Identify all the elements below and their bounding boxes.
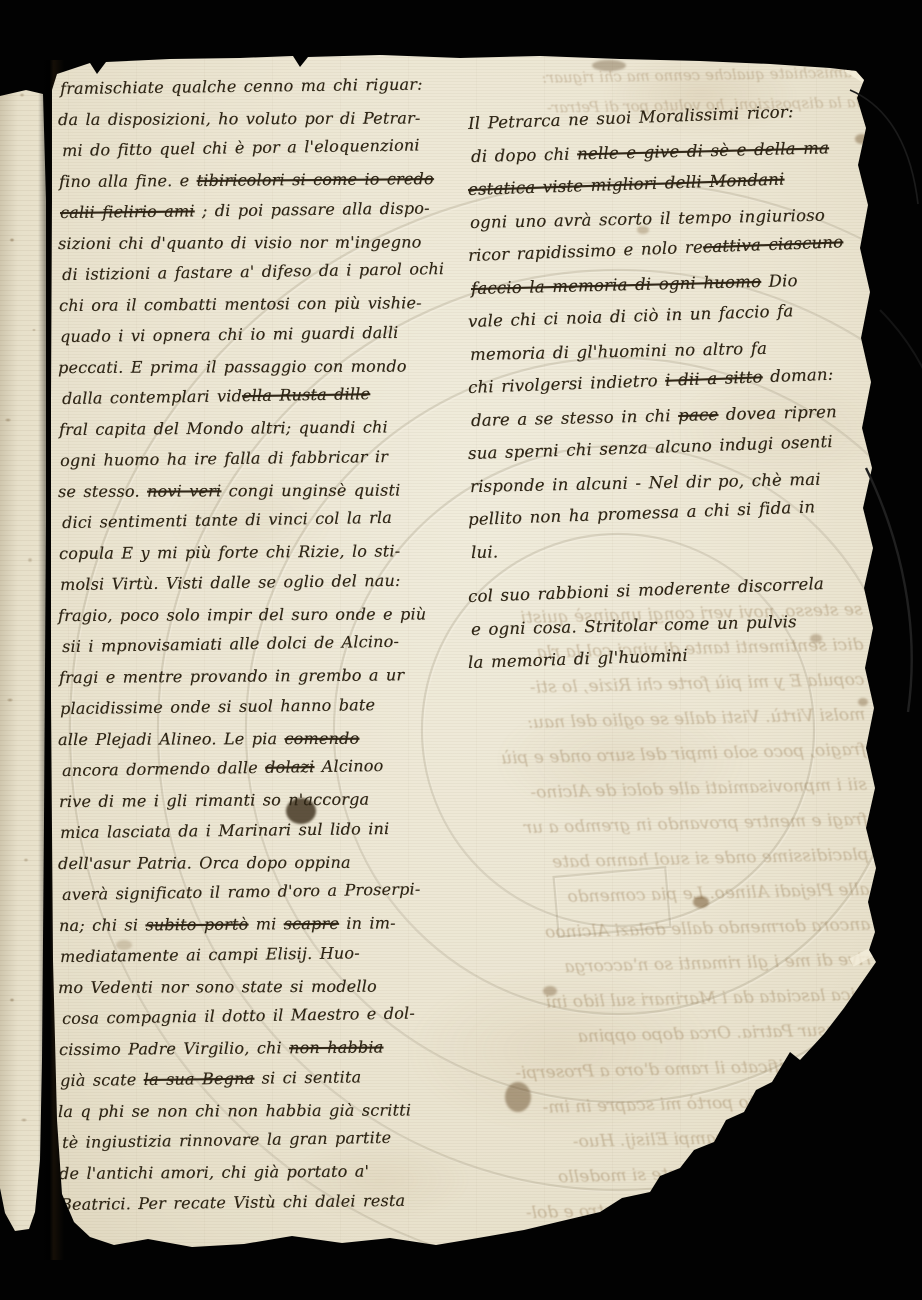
manuscript-line: mi do fitto quel chi è por a l'eloquenzi…: [62, 129, 472, 166]
manuscript-line: già scate la sua Begna si ci sentita: [60, 1060, 472, 1096]
struck-out-text: tibiricolori si come io credo: [197, 169, 434, 190]
manuscript-line: tè ingiustizia rinnovare la gran partite: [62, 1121, 472, 1158]
handwritten-text: doman:: [762, 365, 833, 387]
manuscript-line: ogni huomo ha ire falla di fabbricar ir: [60, 440, 472, 476]
handwritten-text: placidissime onde si suol hanno bate: [60, 695, 375, 718]
handwritten-text: alle Plejadi Alineo. Le pia: [58, 729, 285, 749]
fox-stain: [543, 986, 557, 996]
handwritten-text: chi ora il combatti mentosi con più vish…: [59, 293, 422, 315]
manuscript-line: quado i vi opnera chi io mi guardi dalli: [60, 316, 472, 352]
handwritten-text: rive di me i gli rimanti so n'accorga: [59, 790, 369, 811]
handwritten-text: tè ingiustizia rinnovare la gran partite: [62, 1128, 391, 1152]
handwritten-text: la memoria di gl'huomini: [468, 646, 688, 672]
manuscript-line: dalla contemplari vidella Rusta dille: [62, 377, 472, 414]
manuscript-text-right-column: Il Petrarca ne suoi Moralissimi ricor:di…: [468, 107, 870, 679]
handwritten-text: col suo rabbioni si moderente discorrela: [468, 574, 825, 606]
manuscript-paragraph: framischiate qualche cenno ma chi riguar…: [58, 73, 472, 1220]
handwritten-text: Alcinoo: [314, 756, 383, 776]
handwritten-text: memoria di gl'huomini no altro fa: [470, 339, 767, 364]
manuscript-paragraph: col suo rabbioni si moderente discorrela…: [468, 580, 870, 679]
handwritten-text: framischiate qualche cenno ma chi riguar…: [60, 75, 423, 98]
handwritten-text: sii i mpnovisamiati alle dolci de Alcino…: [62, 632, 399, 656]
handwritten-text: ; di poi passare alla dispo-: [194, 198, 429, 220]
handwritten-text: mi: [248, 914, 283, 933]
handwritten-text: fragi e mentre provando in grembo a ur: [59, 665, 404, 687]
struck-out-text: calii fielirio ami: [60, 201, 195, 222]
struck-out-text: faccio la memoria di ogni huomo: [471, 272, 762, 298]
manuscript-line: placidissime onde si suol hanno bate: [60, 688, 472, 724]
edge-smudge: [592, 60, 626, 71]
handwritten-text: già scate: [60, 1070, 144, 1090]
handwritten-text: si ci sentita: [254, 1067, 361, 1087]
handwritten-text: chi rivolgersi indietro: [468, 371, 666, 397]
manuscript-line: mediatamente ai campi Elisij. Huo-: [60, 936, 472, 972]
handwritten-text: di istizioni a fastare a' difeso da i pa…: [62, 259, 444, 284]
manuscript-line: ancora dormendo dalle dolazi Alcinoo: [62, 749, 472, 786]
handwritten-text: molsi Virtù. Visti dalle se oglio del na…: [60, 571, 401, 594]
handwritten-text: fragio, poco solo impir del suro onde e …: [58, 604, 426, 625]
handwritten-text: mica lasciata da i Marinari sul lido ini: [60, 819, 390, 842]
struck-out-text: scapre: [284, 914, 339, 933]
handwritten-text: averà significato il ramo d'oro a Proser…: [62, 879, 421, 904]
handwritten-text: dovea ripren: [718, 402, 837, 424]
manuscript-line: averà significato il ramo d'oro a Proser…: [62, 873, 472, 910]
handwritten-text: dell'asur Patria. Orca dopo oppina: [58, 853, 351, 873]
handwritten-text: lui.: [471, 542, 499, 562]
struck-out-text: novi veri: [147, 481, 221, 500]
struck-out-text: nelle e give di sè e della ma: [577, 138, 829, 163]
manuscript-line: framischiate qualche cenno ma chi riguar…: [60, 68, 472, 104]
manuscript-line: dici sentimenti tante di vinci col la rl…: [62, 501, 472, 538]
handwritten-text: mo Vedenti nor sono state si modello: [58, 977, 377, 997]
struck-out-text: comendo: [284, 729, 359, 748]
handwritten-text: in im-: [339, 913, 396, 932]
handwritten-text: na; chi si: [59, 915, 146, 935]
handwritten-text: pellito non ha promessa a chi si fida in: [468, 497, 816, 529]
struck-out-text: non habbia: [289, 1037, 383, 1057]
handwritten-text: sizioni chi d'quanto di visio nor m'inge…: [58, 232, 422, 253]
handwritten-text: quado i vi opnera chi io mi guardi dalli: [60, 323, 399, 346]
handwritten-text: copula E y mi più forte chi Rizie, lo st…: [59, 541, 400, 563]
handwritten-text: Il Petrarca ne suoi Moralissimi ricor:: [468, 102, 794, 133]
handwritten-text: ogni huomo ha ire falla di fabbricar ir: [60, 447, 388, 470]
handwritten-text: ancora dormendo dalle: [62, 758, 265, 780]
fox-stain: [778, 1068, 788, 1075]
manuscript-line: sii i mpnovisamiati alle dolci de Alcino…: [62, 625, 472, 662]
handwritten-text: dalla contemplari vid: [62, 386, 242, 408]
handwritten-text: di dopo chi: [471, 144, 578, 166]
handwritten-text: dici sentimenti tante di vinci col la rl…: [62, 508, 392, 532]
struck-out-text: estatica viste migliori delli Mondani: [468, 170, 785, 199]
handwritten-text: dare a se stesso in chi: [471, 406, 679, 430]
handwritten-text: se stesso.: [58, 482, 147, 501]
handwritten-text: vale chi ci noia di ciò in un faccio fa: [468, 301, 794, 331]
handwritten-text: Dio: [761, 271, 798, 291]
manuscript-line: Beatrici. Per recate Vistù chi dalei res…: [60, 1184, 472, 1220]
handwritten-text: Beatrici. Per recate Vistù chi dalei res…: [60, 1191, 405, 1214]
handwritten-text: ricor rapidissimo e nolo re: [468, 237, 704, 265]
handwritten-text: cissimo Padre Virgilio, chi: [59, 1038, 289, 1059]
manuscript-leaf: framischiate qualche cenno ma chi riguar…: [0, 0, 922, 1300]
manuscript-line: di istizioni a fastare a' difeso da i pa…: [62, 253, 472, 290]
fox-stain: [858, 698, 868, 706]
manuscript-text-left-column: framischiate qualche cenno ma chi riguar…: [58, 73, 472, 1220]
handwritten-text: peccati. E prima il passaggio con mondo: [58, 356, 407, 377]
manuscript-line: calii fielirio ami ; di poi passare alla…: [60, 192, 472, 228]
handwritten-text: mi do fitto quel chi è por a l'eloquenzi…: [62, 135, 420, 160]
handwritten-text: sua sperni chi senza alcuno indugi osent…: [468, 432, 833, 463]
struck-out-text: cattiva ciascuno: [702, 232, 843, 256]
manuscript-paragraph: Il Petrarca ne suoi Moralissimi ricor:di…: [468, 107, 870, 569]
ink-stain: [505, 1082, 531, 1112]
handwritten-text: fino alla fine. e: [59, 171, 197, 191]
manuscript-line: cosa compagnia il dotto il Maestro e dol…: [62, 997, 472, 1034]
struck-out-text: la sua Begna: [144, 1069, 255, 1089]
struck-out-text: pace: [678, 405, 719, 425]
manuscript-line: molsi Virtù. Visti dalle se oglio del na…: [60, 564, 472, 600]
struck-out-text: i dii a sitto: [665, 367, 763, 390]
manuscript-line: mica lasciata da i Marinari sul lido ini: [60, 812, 472, 848]
handwritten-text: congi unginsè quisti: [221, 481, 400, 501]
handwritten-text: da la disposizioni, ho voluto por di Pet…: [58, 108, 421, 129]
struck-out-text: ella Rusta dille: [242, 384, 371, 405]
handwritten-text: mediatamente ai campi Elisij. Huo-: [60, 943, 360, 966]
fox-stain: [693, 896, 709, 908]
handwritten-text: de l'antichi amori, chi già portato a': [59, 1162, 369, 1183]
handwritten-text: fral capita del Mondo altri; quandi chi: [59, 417, 388, 439]
struck-out-text: dolazi: [265, 757, 315, 777]
handwritten-text: e ogni cosa. Stritolar come un pulvis: [471, 612, 797, 639]
handwritten-text: la q phi se non chi non habbia già scrit…: [58, 1100, 411, 1121]
struck-out-text: subito portò: [145, 915, 248, 935]
manuscript-photo: framischiate qualche cenno ma chi riguar…: [0, 0, 922, 1300]
handwritten-text: cosa compagnia il dotto il Maestro e dol…: [62, 1003, 415, 1028]
